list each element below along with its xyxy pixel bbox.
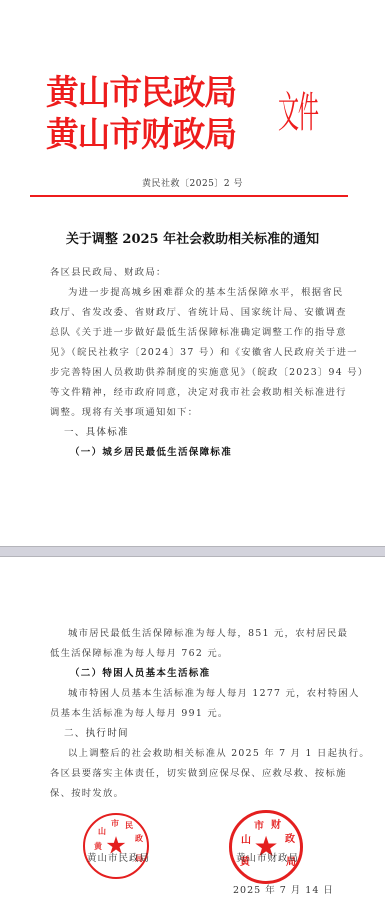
intro-line: 等文件精神，经市政府同意，决定对我市社会救助相关标准进行 bbox=[50, 383, 350, 403]
sub-2-line: 员基本生活标准为每人每月 991 元。 bbox=[50, 704, 350, 724]
official-seal-civil-affairs: 黄 山 市 民 政 局 ★ bbox=[83, 813, 149, 879]
masthead-issuers: 黄山市民政局 黄山市财政局 bbox=[46, 72, 244, 156]
document-body-page-1: 各区县民政局、财政局： 为进一步提高城乡困难群众的基本生活保障水平，根据省民 政… bbox=[50, 263, 350, 463]
document-body-page-2: 城市居民最低生活保障标准为每人每，851 元，农村居民最 低生活保障标准为每人每… bbox=[50, 624, 350, 804]
seal-ring-char: 山 bbox=[241, 831, 251, 846]
seal-ring-char: 政 bbox=[285, 830, 295, 845]
section-1-sub-2-heading: （二）特困人员基本生活标准 bbox=[50, 664, 350, 684]
document-masthead: 黄山市民政局 黄山市财政局 文件 bbox=[46, 72, 346, 162]
intro-line: 步完善特困人员救助供养制度的实施意见》（皖政〔2023〕94 号） bbox=[50, 363, 350, 383]
sub-2-line: 城市特困人员基本生活标准为每人每月 1277 元，农村特困人 bbox=[50, 684, 350, 704]
document-title: 关于调整 2025 年社会救助相关标准的通知 bbox=[0, 228, 385, 247]
issue-date: 2025 年 7 月 14 日 bbox=[233, 882, 334, 896]
signer-finance: 黄山市财政局 bbox=[236, 850, 299, 864]
document-number: 黄民社救〔2025〕2 号 bbox=[0, 176, 385, 189]
page-separator bbox=[0, 546, 385, 557]
seal-ring-char: 民 bbox=[125, 820, 133, 831]
intro-line: 政厅、省发改委、省财政厅、省统计局、国家统计局、安徽调查 bbox=[50, 303, 350, 323]
document-page-2: 城市居民最低生活保障标准为每人每，851 元，农村居民最 低生活保障标准为每人每… bbox=[0, 557, 385, 900]
section-2-heading: 二、执行时间 bbox=[50, 724, 350, 744]
intro-line: 见》（皖民社救字〔2024〕37 号）和《安徽省人民政府关于进一 bbox=[50, 343, 350, 363]
masthead-suffix: 文件 bbox=[278, 88, 318, 138]
intro-line: 为进一步提高城乡困难群众的基本生活保障水平，根据省民 bbox=[50, 283, 350, 303]
salutation: 各区县民政局、财政局： bbox=[50, 263, 350, 283]
section-1-heading: 一、具体标准 bbox=[50, 423, 350, 443]
section-1-sub-1-heading: （一）城乡居民最低生活保障标准 bbox=[50, 443, 350, 463]
sub-1-line: 低生活保障标准为每人每月 762 元。 bbox=[50, 644, 350, 664]
section-2-line: 以上调整后的社会救助相关标准从 2025 年 7 月 1 日起执行。 bbox=[50, 744, 350, 764]
official-seal-finance: 黄 山 市 财 政 局 ★ bbox=[229, 810, 303, 884]
seal-ring-char: 财 bbox=[271, 816, 281, 831]
sub-1-line: 城市居民最低生活保障标准为每人每，851 元，农村居民最 bbox=[50, 624, 350, 644]
signer-civil-affairs: 黄山市民政局 bbox=[87, 850, 150, 864]
seal-ring-char: 市 bbox=[111, 818, 119, 829]
masthead-issuer-2: 黄山市财政局 bbox=[46, 114, 236, 156]
seal-ring-char: 政 bbox=[135, 833, 143, 844]
intro-line: 调整。现将有关事项通知如下： bbox=[50, 403, 350, 423]
masthead-issuer-1: 黄山市民政局 bbox=[46, 72, 236, 114]
intro-line: 总队《关于进一步做好最低生活保障标准确定调整工作的指导意 bbox=[50, 323, 350, 343]
section-2-line: 各区县要落实主体责任，切实做到应保尽保、应救尽救、按标施 bbox=[50, 764, 350, 784]
section-2-line: 保、按时发放。 bbox=[50, 784, 350, 804]
masthead-divider bbox=[30, 195, 348, 197]
document-page-1: 黄山市民政局 黄山市财政局 文件 黄民社救〔2025〕2 号 关于调整 2025… bbox=[0, 0, 385, 546]
